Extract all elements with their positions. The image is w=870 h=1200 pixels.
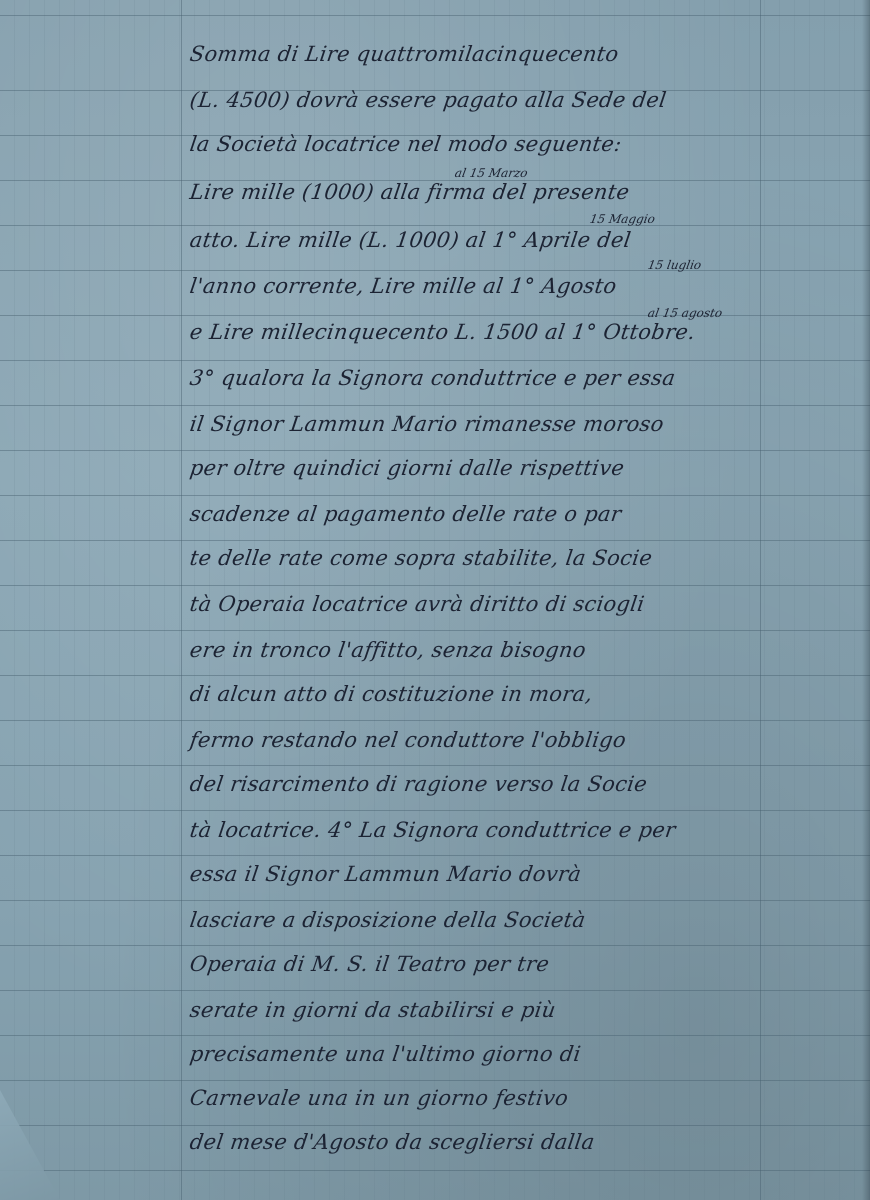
manuscript-line: te delle rate come sopra stabilite, la S… — [188, 546, 761, 570]
manuscript-line: l'anno corrente, Lire mille al 1° Agosto — [188, 274, 761, 298]
margin-annotation: al 15 Marzo — [454, 166, 529, 180]
manuscript-line: tà Operaia locatrice avrà diritto di sci… — [188, 592, 761, 616]
manuscript-line: atto. Lire mille (L. 1000) al 1° Aprile … — [188, 228, 761, 252]
manuscript-line: del mese d'Agosto da scegliersi dalla — [188, 1130, 761, 1154]
manuscript-line: scadenze al pagamento delle rate o par — [188, 502, 761, 526]
manuscript-line: Somma di Lire quattromilacinquecento — [188, 42, 761, 66]
manuscript-line: 3° qualora la Signora conduttrice e per … — [188, 366, 761, 390]
manuscript-line: del risarcimento di ragione verso la Soc… — [188, 772, 761, 796]
manuscript-line: il Signor Lammun Mario rimanesse moroso — [188, 412, 761, 436]
manuscript-line: serate in giorni da stabilirsi e più — [188, 998, 761, 1022]
manuscript-line: fermo restando nel conduttore l'obbligo — [188, 728, 761, 752]
manuscript-line: Carnevale una in un giorno festivo — [188, 1086, 761, 1110]
manuscript-line: lasciare a disposizione della Società — [188, 908, 761, 932]
margin-annotation: 15 luglio — [647, 258, 703, 272]
manuscript-line: e Lire millecinquecento L. 1500 al 1° Ot… — [188, 320, 761, 344]
manuscript-line: la Società locatrice nel modo seguente: — [188, 132, 761, 156]
manuscript-line: precisamente una l'ultimo giorno di — [188, 1042, 761, 1066]
manuscript-line: essa il Signor Lammun Mario dovrà — [188, 862, 761, 886]
manuscript-line: Lire mille (1000) alla firma del present… — [188, 180, 761, 204]
manuscript-line: ere in tronco l'affitto, senza bisogno — [188, 638, 761, 662]
manuscript-line: (L. 4500) dovrà essere pagato alla Sede … — [188, 88, 761, 112]
manuscript-text: Somma di Lire quattromilacinquecento (L.… — [0, 0, 870, 1200]
margin-annotation: al 15 agosto — [647, 306, 724, 320]
manuscript-line: di alcun atto di costituzione in mora, — [188, 682, 761, 706]
margin-annotation: 15 Maggio — [589, 212, 656, 226]
manuscript-line: per oltre quindici giorni dalle rispetti… — [188, 456, 761, 480]
manuscript-line: Operaia di M. S. il Teatro per tre — [188, 952, 761, 976]
manuscript-line: tà locatrice. 4° La Signora conduttrice … — [188, 818, 761, 842]
